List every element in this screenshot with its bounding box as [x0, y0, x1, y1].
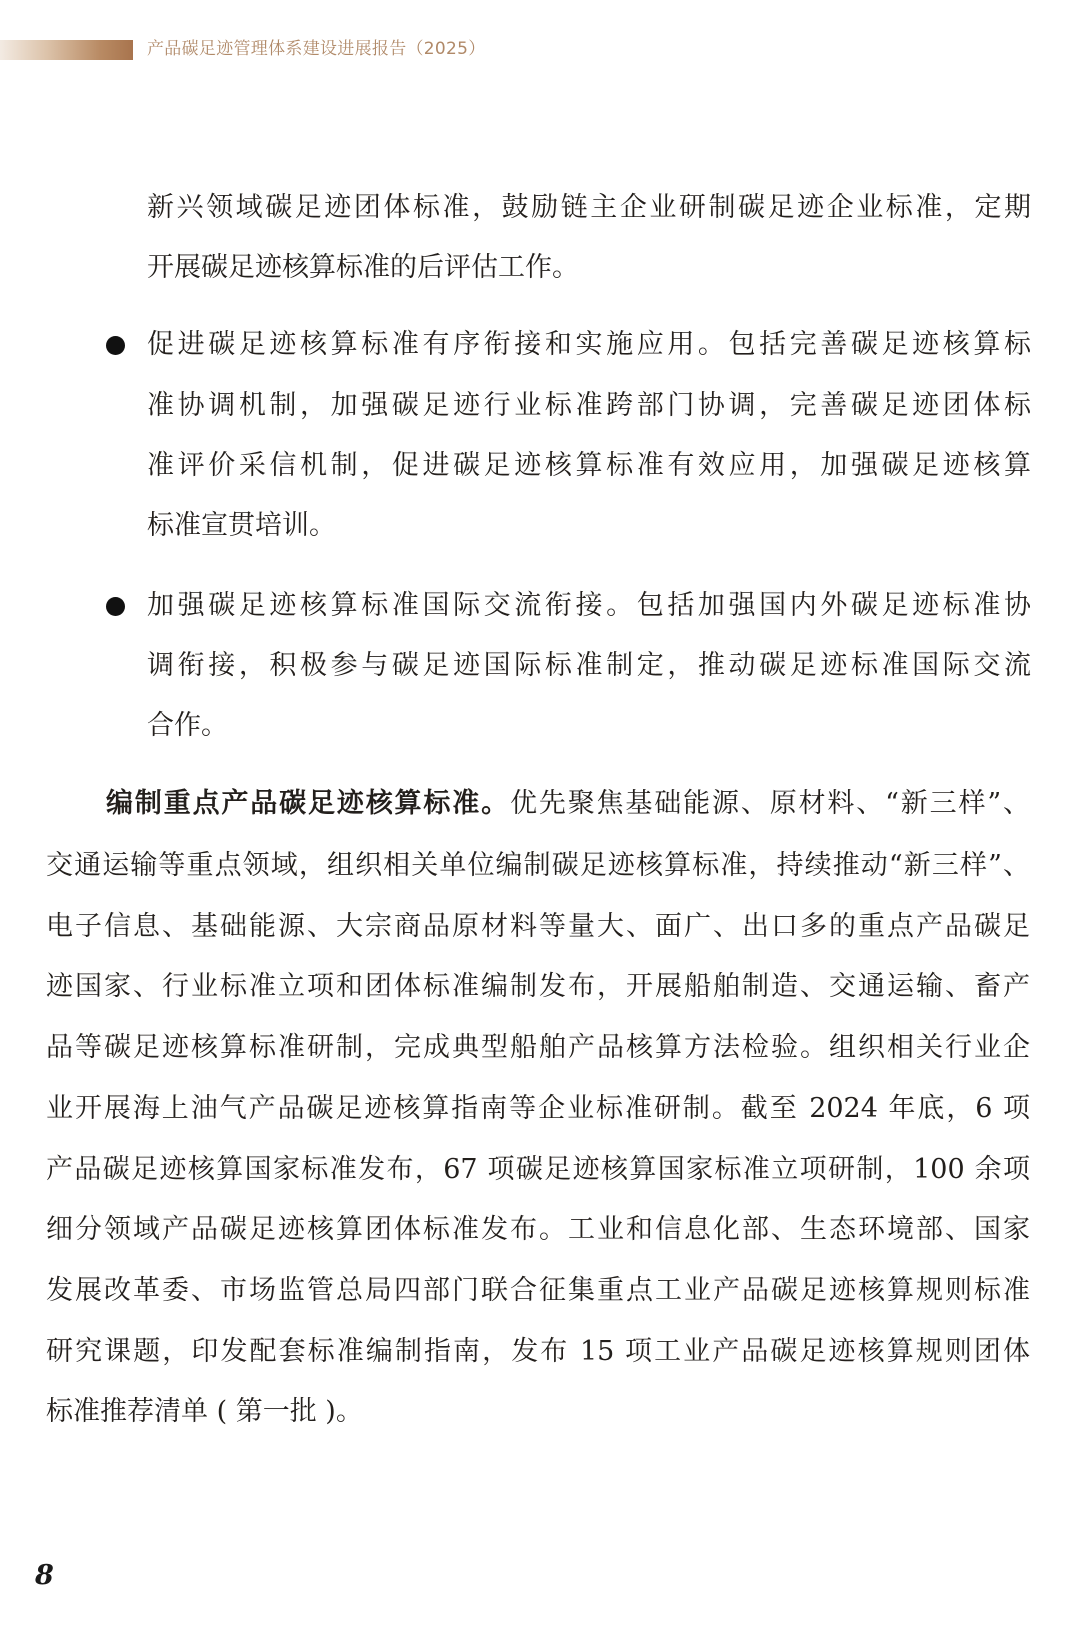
- body-text-line: 新兴领域碳足迹团体标准，鼓励链主企业研制碳足迹企业标准，定期: [147, 190, 1031, 226]
- bullet-icon: [106, 336, 125, 355]
- page-number: 8: [35, 1561, 54, 1591]
- paragraph-line: 标准推荐清单 ( 第一批 )。: [46, 1394, 1030, 1430]
- bullet-icon: [106, 597, 125, 616]
- paragraph-line: 品等碳足迹核算标准研制，完成典型船舶产品核算方法检验。组织相关行业企: [46, 1030, 1030, 1066]
- bullet-text-line: 准评价采信机制，促进碳足迹核算标准有效应用，加强碳足迹核算: [147, 448, 1031, 484]
- bullet-text-line: 准协调机制，加强碳足迹行业标准跨部门协调，完善碳足迹团体标: [147, 388, 1031, 424]
- paragraph-line: 产品碳足迹核算国家标准发布，67 项碳足迹核算国家标准立项研制，100 余项: [46, 1152, 1030, 1188]
- bullet-text-line: 促进碳足迹核算标准有序衔接和实施应用。包括完善碳足迹核算标: [147, 327, 1031, 363]
- bullet-text-line: 加强碳足迹核算标准国际交流衔接。包括加强国内外碳足迹标准协: [147, 588, 1031, 624]
- paragraph-line: 迹国家、行业标准立项和团体标准编制发布，开展船舶制造、交通运输、畜产: [46, 969, 1030, 1005]
- paragraph-line: 电子信息、基础能源、大宗商品原材料等量大、面广、出口多的重点产品碳足: [46, 909, 1030, 945]
- paragraph-heading: 编制重点产品碳足迹核算标准。: [106, 788, 510, 819]
- paragraph-line: 细分领域产品碳足迹核算团体标准发布。工业和信息化部、生态环境部、国家: [46, 1212, 1030, 1248]
- paragraph-text: 优先聚焦基础能源、原材料、“新三样”、: [510, 788, 1030, 819]
- bullet-text-line: 标准宣贯培训。: [147, 508, 1031, 544]
- header-accent-bar: [0, 40, 133, 60]
- paragraph-line: 发展改革委、市场监管总局四部门联合征集重点工业产品碳足迹核算规则标准: [46, 1273, 1030, 1309]
- bullet-text-line: 调衔接，积极参与碳足迹国际标准制定，推动碳足迹标准国际交流: [147, 648, 1031, 684]
- body-text-line: 开展碳足迹核算标准的后评估工作。: [147, 250, 1031, 286]
- running-header-title: 产品碳足迹管理体系建设进展报告（2025）: [147, 37, 486, 61]
- paragraph-line: 交通运输等重点领域，组织相关单位编制碳足迹核算标准，持续推动“新三样”、: [46, 848, 1030, 884]
- paragraph-first-line: 编制重点产品碳足迹核算标准。优先聚焦基础能源、原材料、“新三样”、: [106, 786, 1030, 822]
- paragraph-line: 研究课题，印发配套标准编制指南，发布 15 项工业产品碳足迹核算规则团体: [46, 1334, 1030, 1370]
- paragraph-line: 业开展海上油气产品碳足迹核算指南等企业标准研制。截至 2024 年底，6 项: [46, 1091, 1030, 1127]
- bullet-text-line: 合作。: [147, 708, 1031, 744]
